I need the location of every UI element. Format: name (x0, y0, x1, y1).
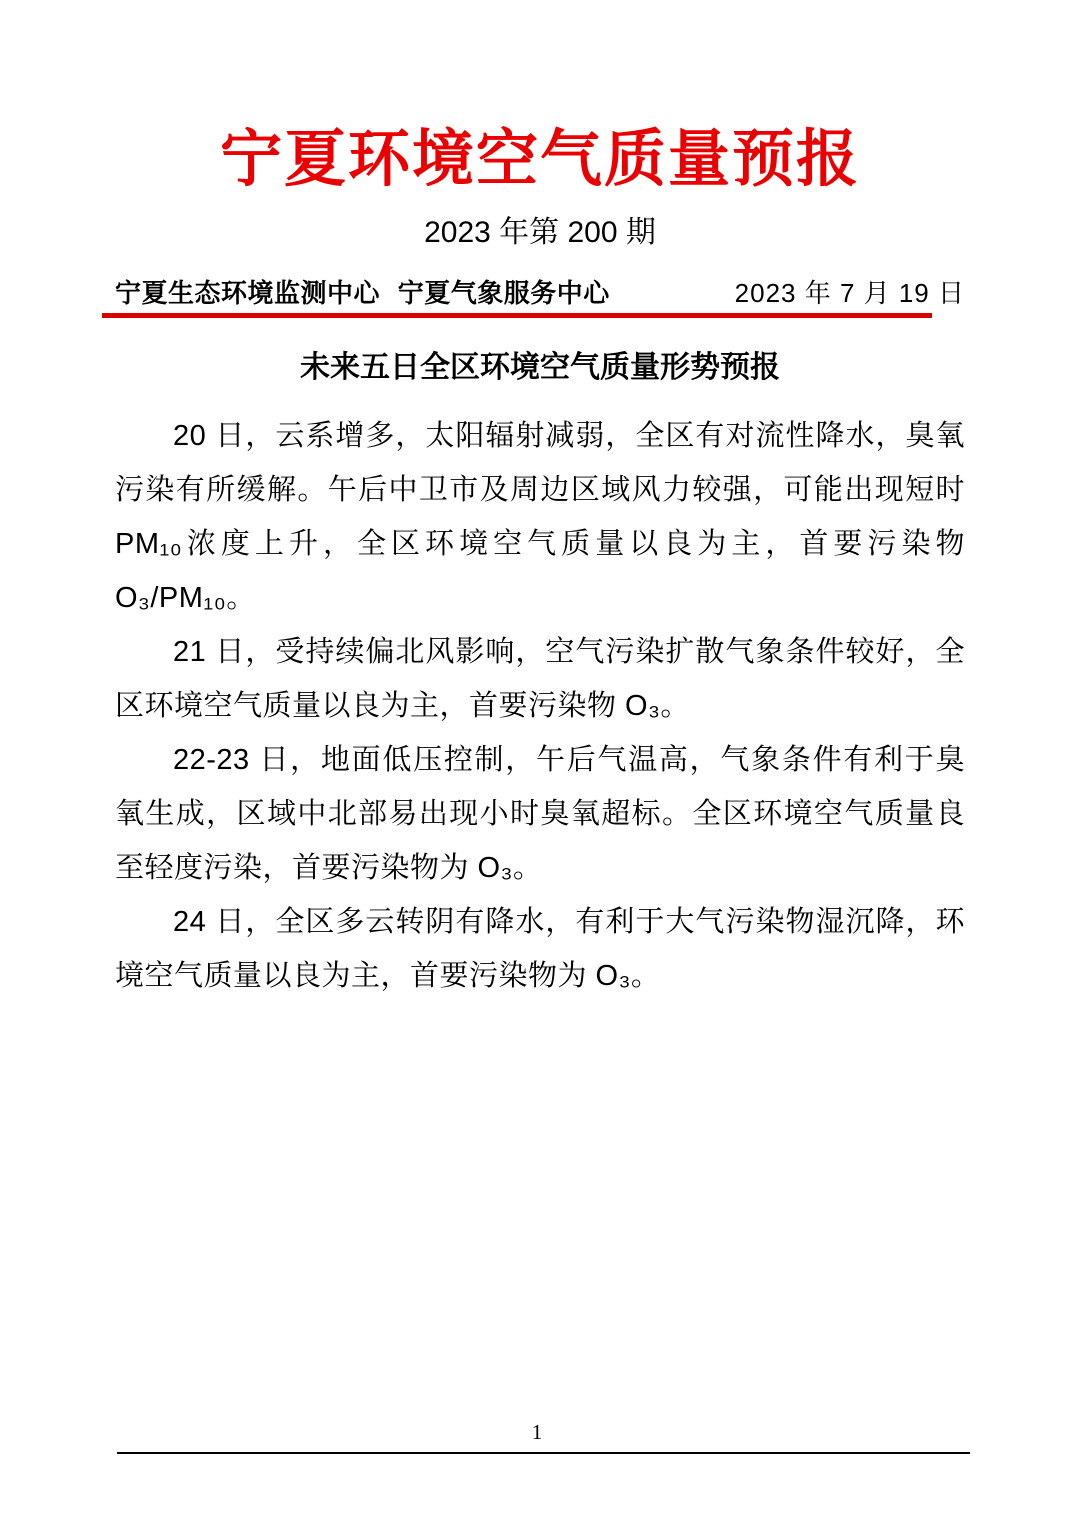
issuing-agencies: 宁夏生态环境监测中心 宁夏气象服务中心 (115, 279, 610, 309)
document-page: 宁夏环境空气质量预报 2023 年第 200 期 宁夏生态环境监测中心 宁夏气象… (0, 0, 1074, 1520)
forecast-body: 20 日，云系增多，太阳辐射减弱，全区有对流性降水，臭氧污染有所缓解。午后中卫市… (115, 409, 965, 1003)
section-title: 未来五日全区环境空气质量形势预报 (115, 348, 965, 387)
page-number: 1 (0, 1420, 1074, 1445)
forecast-paragraph-day24: 24 日，全区多云转阴有降水，有利于大气污染物湿沉降，环境空气质量以良为主，首要… (115, 895, 965, 1003)
red-divider (102, 313, 932, 318)
issue-number: 2023 年第 200 期 (115, 216, 965, 249)
masthead: 宁夏生态环境监测中心 宁夏气象服务中心 2023 年 7 月 19 日 (115, 279, 965, 309)
forecast-paragraph-day21: 21 日，受持续偏北风影响，空气污染扩散气象条件较好，全区环境空气质量以良为主，… (115, 625, 965, 733)
document-content: 宁夏环境空气质量预报 2023 年第 200 期 宁夏生态环境监测中心 宁夏气象… (0, 125, 1074, 1003)
issue-date: 2023 年 7 月 19 日 (735, 279, 965, 309)
document-title: 宁夏环境空气质量预报 (115, 125, 965, 196)
footer-divider (117, 1452, 970, 1454)
forecast-paragraph-day20: 20 日，云系增多，太阳辐射减弱，全区有对流性降水，臭氧污染有所缓解。午后中卫市… (115, 409, 965, 625)
forecast-paragraph-day22-23: 22-23 日，地面低压控制，午后气温高，气象条件有利于臭氧生成，区域中北部易出… (115, 733, 965, 895)
